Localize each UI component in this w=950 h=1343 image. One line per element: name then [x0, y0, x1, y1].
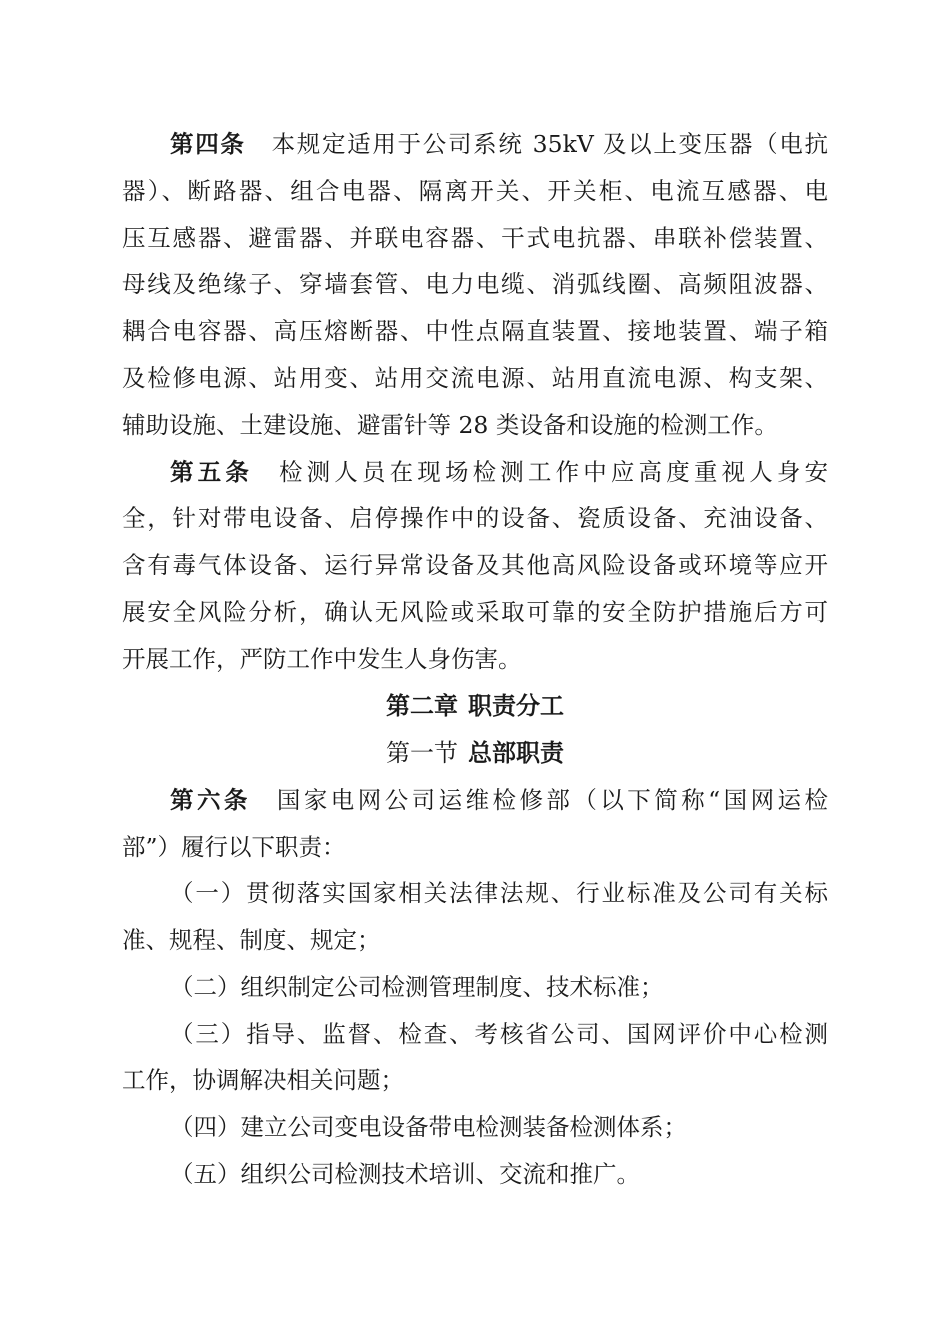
article-5-text: 检测人员在现场检测工作中应高度重视人身安	[279, 458, 828, 486]
article-4-line-4: 母线及绝缘子、穿墙套管、电力电缆、消弧线圈、高频阻波器、	[122, 268, 828, 300]
item-1-line-1: （一）贯彻落实国家相关法律法规、行业标准及公司有关标	[170, 877, 828, 909]
item-5-line-1: （五）组织公司检测技术培训、交流和推广。	[170, 1158, 828, 1190]
article-5-line-1: 第五条检测人员在现场检测工作中应高度重视人身安	[170, 456, 828, 488]
article-4-line-2: 器）、断路器、组合电器、隔离开关、开关柜、电流互感器、电	[122, 175, 828, 207]
article-4-text: 本规定适用于公司系统 35kV 及以上变压器（电抗	[272, 130, 828, 158]
chapter-number: 第二章	[386, 692, 458, 720]
chapter-title: 职责分工	[468, 692, 564, 720]
article-5-line-2: 全，针对带电设备、启停操作中的设备、瓷质设备、充油设备、	[122, 502, 828, 534]
section-title: 总部职责	[468, 739, 564, 767]
article-6-line-1: 第六条国家电网公司运维检修部（以下简称“国网运检	[170, 784, 828, 816]
article-5-line-3: 含有毒气体设备、运行异常设备及其他高风险设备或环境等应开	[122, 549, 828, 581]
article-4-line-6: 及检修电源、站用变、站用交流电源、站用直流电源、构支架、	[122, 362, 828, 394]
article-5-number: 第五条	[170, 458, 253, 486]
article-4-line-1: 第四条本规定适用于公司系统 35kV 及以上变压器（电抗	[170, 128, 828, 160]
article-6-text: 国家电网公司运维检修部（以下简称“国网运检	[277, 786, 828, 814]
article-4-line-3: 压互感器、避雷器、并联电容器、干式电抗器、串联补偿装置、	[122, 222, 828, 254]
article-4-number: 第四条	[170, 130, 246, 158]
article-6-number: 第六条	[170, 786, 251, 814]
article-6-line-2: 部”）履行以下职责：	[122, 831, 828, 863]
chapter-heading: 第二章职责分工	[0, 690, 950, 722]
article-4-line-5: 耦合电容器、高压熔断器、中性点隔直装置、接地装置、端子箱	[122, 315, 828, 347]
item-4-line-1: （四）建立公司变电设备带电检测装备检测体系；	[170, 1111, 828, 1143]
section-number: 第一节	[386, 739, 458, 767]
item-3-line-1: （三）指导、监督、检查、考核省公司、国网评价中心检测	[170, 1018, 828, 1050]
article-4-line-7: 辅助设施、土建设施、避雷针等 28 类设备和设施的检测工作。	[122, 409, 828, 441]
item-1-line-2: 准、规程、制度、规定；	[122, 924, 828, 956]
article-5-line-5: 开展工作，严防工作中发生人身伤害。	[122, 643, 828, 675]
article-5-line-4: 展安全风险分析，确认无风险或采取可靠的安全防护措施后方可	[122, 596, 828, 628]
section-heading: 第一节总部职责	[0, 737, 950, 769]
item-3-line-2: 工作，协调解决相关问题；	[122, 1064, 828, 1096]
document-page: 第四条本规定适用于公司系统 35kV 及以上变压器（电抗 器）、断路器、组合电器…	[0, 0, 950, 1343]
item-2-line-1: （二）组织制定公司检测管理制度、技术标准；	[170, 971, 828, 1003]
